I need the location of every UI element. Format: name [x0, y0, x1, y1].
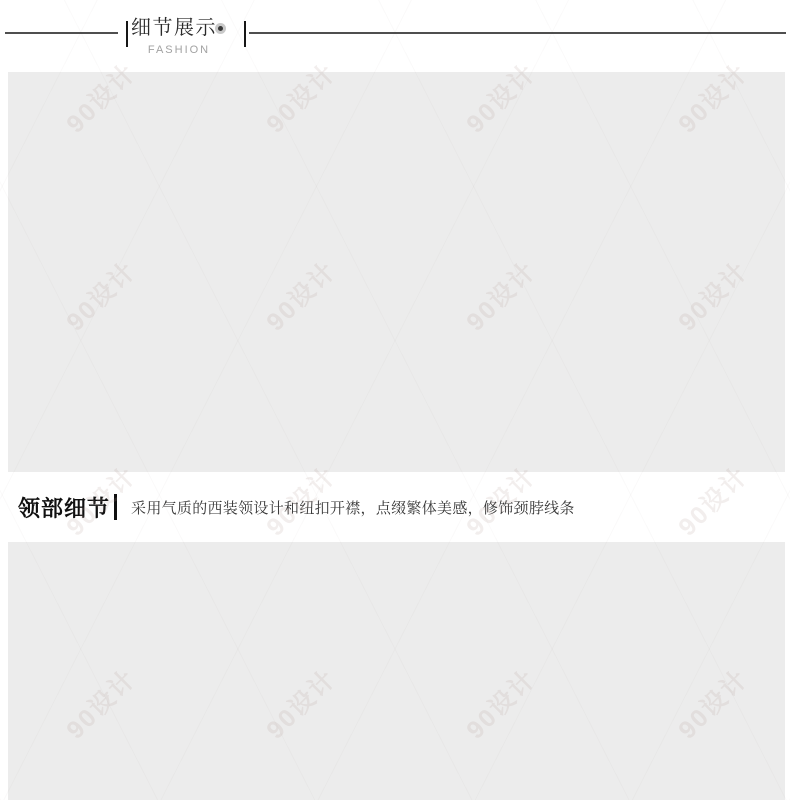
detail-caption-text: 采用气质的西装领设计和纽扣开襟，点缀繁体美感，修饰颈脖线条 — [131, 497, 575, 518]
product-image-placeholder-bottom — [8, 542, 785, 800]
section-title: 细节展示 — [131, 16, 217, 41]
detail-caption-row: 领部细节 采用气质的西装领设计和纽扣开襟，点缀繁体美感，修饰颈脖线条 — [0, 472, 790, 542]
caption-divider-bar — [114, 494, 117, 520]
product-detail-page: 细节展示 FASHION 领部细节 采用气质的西装领设计和纽扣开襟，点缀繁体美感… — [0, 0, 790, 800]
header-rule-right — [249, 32, 786, 34]
header-rule-left — [5, 32, 118, 34]
header-tick-left — [126, 21, 128, 47]
section-header: 细节展示 FASHION — [0, 0, 790, 62]
detail-caption-label: 领部细节 — [18, 492, 110, 523]
product-image-placeholder-top — [8, 72, 785, 472]
section-subtitle: FASHION — [131, 44, 227, 56]
header-tick-right — [244, 21, 246, 47]
ring-dot-icon — [215, 23, 226, 34]
